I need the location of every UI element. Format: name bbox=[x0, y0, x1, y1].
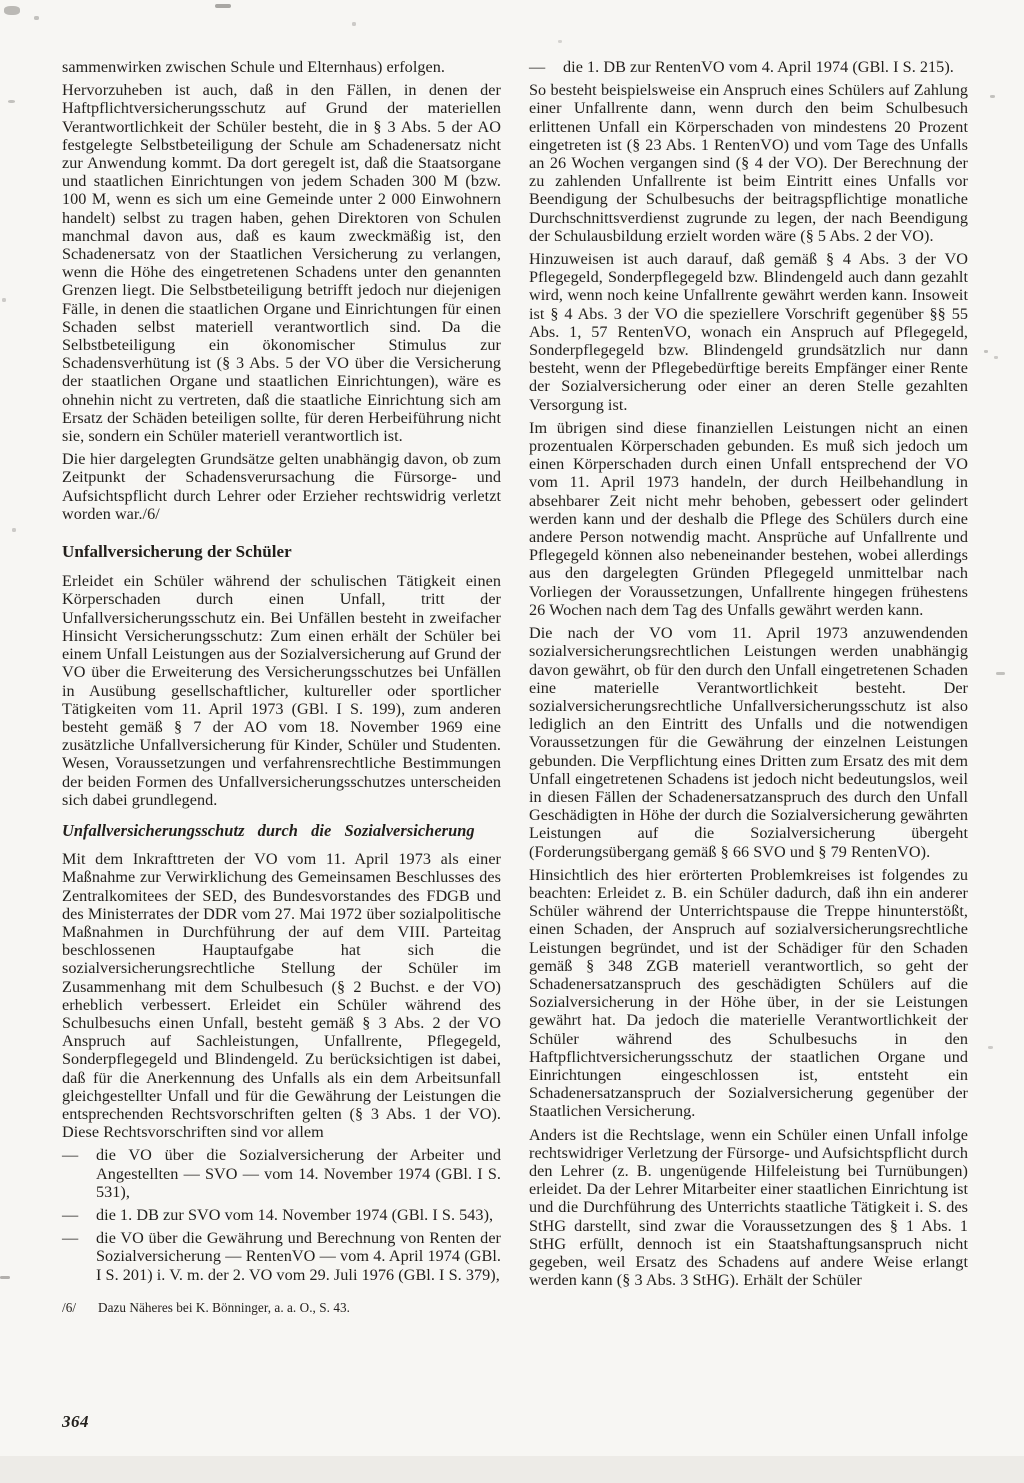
text-columns: sammenwirken zwischen Schule und Elternh… bbox=[62, 58, 968, 1316]
paragraph: Hervorzuheben ist auch, daß in den Fälle… bbox=[62, 81, 501, 445]
scan-artifact bbox=[994, 356, 998, 359]
scan-artifact bbox=[12, 528, 16, 532]
paragraph: Im übrigen sind diese finanziellen Leist… bbox=[529, 419, 968, 619]
paragraph: Die hier dargelegten Grundsätze gelten u… bbox=[62, 450, 501, 523]
scan-artifact bbox=[4, 6, 20, 15]
list-item-text: die VO über die Gewährung und Berechnung… bbox=[96, 1229, 501, 1284]
paragraph: Erleidet ein Schüler während der schulis… bbox=[62, 572, 501, 809]
list-item: — die 1. DB zur SVO vom 14. November 197… bbox=[62, 1206, 501, 1224]
section-heading: Unfallversicherung der Schüler bbox=[62, 543, 501, 561]
scan-artifact bbox=[34, 16, 39, 20]
list-dash: — bbox=[62, 1146, 96, 1201]
scan-artifact bbox=[996, 672, 1005, 675]
list-item: — die VO über die Gewährung und Berechnu… bbox=[62, 1229, 501, 1284]
list-item-text: die VO über die Sozialversicherung der A… bbox=[96, 1146, 501, 1201]
scan-artifact bbox=[936, 60, 940, 63]
scan-artifact bbox=[215, 4, 231, 8]
paragraph: Mit dem Inkrafttreten der VO vom 11. Apr… bbox=[62, 850, 501, 1141]
scan-artifact bbox=[988, 1046, 993, 1049]
scanned-document-page: sammenwirken zwischen Schule und Elternh… bbox=[0, 0, 1024, 1483]
left-column: sammenwirken zwischen Schule und Elternh… bbox=[62, 58, 501, 1316]
subsection-heading: Unfallversicherungsschutz durch die Sozi… bbox=[62, 822, 501, 840]
paragraph: Hinsichtlich des hier erörterten Problem… bbox=[529, 866, 968, 1121]
paragraph: So besteht beispielsweise ein Anspruch e… bbox=[529, 81, 968, 245]
list-item: — die VO über die Sozialversicherung der… bbox=[62, 1146, 501, 1201]
right-column: — die 1. DB zur RentenVO vom 4. April 19… bbox=[529, 58, 968, 1316]
list-item: — die 1. DB zur RentenVO vom 4. April 19… bbox=[529, 58, 968, 76]
footnote: /6/ Dazu Näheres bei K. Bönninger, a. a.… bbox=[62, 1300, 501, 1316]
scan-artifact bbox=[8, 100, 15, 103]
paragraph: sammenwirken zwischen Schule und Elternh… bbox=[62, 58, 501, 76]
scan-artifact bbox=[558, 40, 562, 43]
scan-artifact bbox=[352, 22, 356, 26]
list-item-text: die 1. DB zur SVO vom 14. November 1974 … bbox=[96, 1206, 501, 1224]
footnote-marker: /6/ bbox=[62, 1300, 98, 1316]
list-dash: — bbox=[62, 1229, 96, 1284]
list-dash: — bbox=[62, 1206, 96, 1224]
scan-artifact bbox=[984, 350, 988, 353]
scan-artifact bbox=[990, 95, 995, 98]
list-dash: — bbox=[529, 58, 563, 76]
scan-artifact bbox=[0, 1276, 10, 1279]
scan-edge-band bbox=[0, 1456, 1024, 1483]
footnote-text: Dazu Näheres bei K. Bönninger, a. a. O.,… bbox=[98, 1300, 350, 1316]
paragraph: Die nach der VO vom 11. April 1973 anzuw… bbox=[529, 624, 968, 861]
scan-artifact bbox=[2, 298, 6, 302]
list-item-text: die 1. DB zur RentenVO vom 4. April 1974… bbox=[563, 58, 968, 76]
paragraph: Anders ist die Rechtslage, wenn ein Schü… bbox=[529, 1126, 968, 1290]
page-number: 364 bbox=[62, 1412, 89, 1432]
paragraph: Hinzuweisen ist auch darauf, daß gemäß §… bbox=[529, 250, 968, 414]
